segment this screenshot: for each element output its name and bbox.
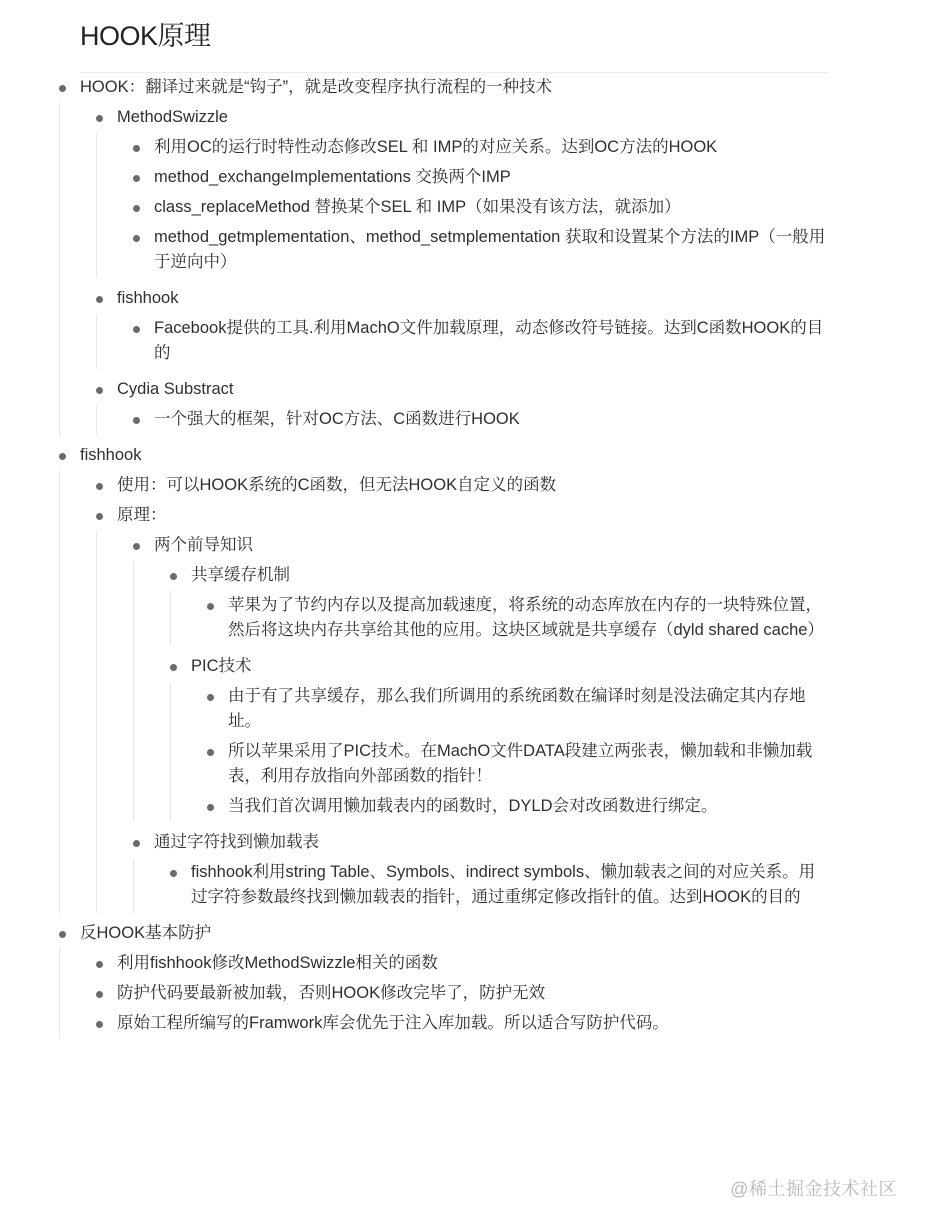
outline-children: 利用fishhook修改MethodSwizzle相关的函数 防护代码要最新被加… <box>59 949 830 1039</box>
outline-children: 苹果为了节约内存以及提高加载速度，将系统的动态库放在内存的一块特殊位置，然后将这… <box>170 591 830 646</box>
outline-item: method_getmplementation、method_setmpleme… <box>154 223 830 278</box>
outline-item-text: 两个前导知识 <box>154 533 830 558</box>
outline-item: fishhook 使用：可以HOOK系统的C函数，但无法HOOK自定义的函数 原… <box>80 441 830 913</box>
bullet-icon <box>207 603 214 610</box>
bullet-icon <box>96 387 103 394</box>
outline-children: 一个强大的框架，针对OC方法、C函数进行HOOK <box>96 405 830 435</box>
outline-item: 原始工程所编写的Framwork库会优先于注入库加载。所以适合写防护代码。 <box>117 1009 830 1039</box>
watermark: @稀土掘金技术社区 <box>730 1175 897 1201</box>
bullet-icon <box>133 235 140 242</box>
outline-item: fishhook利用string Table、Symbols、indirect … <box>191 858 830 913</box>
outline-children: fishhook利用string Table、Symbols、indirect … <box>133 858 830 913</box>
outline-item-text: 当我们首次调用懒加载表内的函数时，DYLD会对改函数进行绑定。 <box>228 794 830 819</box>
outline-item-text: 利用fishhook修改MethodSwizzle相关的函数 <box>117 951 830 976</box>
bullet-icon <box>207 694 214 701</box>
bullet-icon <box>170 870 177 877</box>
outline-item-text: 反HOOK基本防护 <box>80 921 830 946</box>
outline-item-text: fishhook <box>80 443 830 468</box>
outline-item-text: method_getmplementation、method_setmpleme… <box>154 225 830 275</box>
bullet-icon <box>207 749 214 756</box>
outline-item: 使用：可以HOOK系统的C函数，但无法HOOK自定义的函数 <box>117 471 830 501</box>
outline-item: 通过字符找到懒加载表 fishhook利用string Table、Symbol… <box>154 828 830 913</box>
outline-item-text: method_exchangeImplementations 交换两个IMP <box>154 165 830 190</box>
outline-item-text: 一个强大的框架，针对OC方法、C函数进行HOOK <box>154 407 830 432</box>
bullet-icon <box>133 205 140 212</box>
outline-item-text: fishhook利用string Table、Symbols、indirect … <box>191 860 830 910</box>
bullet-icon <box>133 145 140 152</box>
document: HOOK原理 HOOK：翻译过来就是“钩子”，就是改变程序执行流程的一种技术 M… <box>80 0 830 1045</box>
outline-item: class_replaceMethod 替换某个SEL 和 IMP（如果没有该方… <box>154 193 830 223</box>
outline-item: method_exchangeImplementations 交换两个IMP <box>154 163 830 193</box>
outline-item: HOOK：翻译过来就是“钩子”，就是改变程序执行流程的一种技术 MethodSw… <box>80 73 830 435</box>
outline-item-text: Facebook提供的工具.利用MachO文件加载原理，动态修改符号链接。达到C… <box>154 316 830 366</box>
outline-children: 使用：可以HOOK系统的C函数，但无法HOOK自定义的函数 原理： 两个前导知识… <box>59 471 830 913</box>
outline-item: 防护代码要最新被加载，否则HOOK修改完毕了，防护无效 <box>117 979 830 1009</box>
page-title: HOOK原理 <box>80 0 830 53</box>
outline-item-text: HOOK：翻译过来就是“钩子”，就是改变程序执行流程的一种技术 <box>80 75 830 100</box>
outline-item: MethodSwizzle 利用OC的运行时特性动态修改SEL 和 IMP的对应… <box>117 103 830 278</box>
outline-children: 由于有了共享缓存，那么我们所调用的系统函数在编译时刻是没法确定其内存地址。 所以… <box>170 682 830 822</box>
outline-item: 共享缓存机制 苹果为了节约内存以及提高加载速度，将系统的动态库放在内存的一块特殊… <box>191 561 830 646</box>
outline-item-text: fishhook <box>117 286 830 311</box>
outline-item-text: 苹果为了节约内存以及提高加载速度，将系统的动态库放在内存的一块特殊位置，然后将这… <box>228 593 830 643</box>
outline-children: 两个前导知识 共享缓存机制 苹果为了节约内存以及提高加载速度，将系统的动态库放在… <box>96 531 830 913</box>
outline-item-text: class_replaceMethod 替换某个SEL 和 IMP（如果没有该方… <box>154 195 830 220</box>
outline-item: Cydia Substract 一个强大的框架，针对OC方法、C函数进行HOOK <box>117 375 830 435</box>
outline-item: 反HOOK基本防护 利用fishhook修改MethodSwizzle相关的函数… <box>80 919 830 1039</box>
bullet-icon <box>96 296 103 303</box>
outline-item: 原理： 两个前导知识 共享缓存机制 苹果为了节约内存以及提高加载速度，将系统的动… <box>117 501 830 913</box>
bullet-icon <box>133 417 140 424</box>
outline-item-text: MethodSwizzle <box>117 105 830 130</box>
outline-item-text: 防护代码要最新被加载，否则HOOK修改完毕了，防护无效 <box>117 981 830 1006</box>
bullet-icon <box>133 543 140 550</box>
bullet-icon <box>59 453 66 460</box>
bullet-icon <box>96 483 103 490</box>
bullet-icon <box>133 840 140 847</box>
outline-item: Facebook提供的工具.利用MachO文件加载原理，动态修改符号链接。达到C… <box>154 314 830 369</box>
outline-root: HOOK：翻译过来就是“钩子”，就是改变程序执行流程的一种技术 MethodSw… <box>80 73 830 1039</box>
bullet-icon <box>59 931 66 938</box>
outline-children: MethodSwizzle 利用OC的运行时特性动态修改SEL 和 IMP的对应… <box>59 103 830 435</box>
outline-item: 两个前导知识 共享缓存机制 苹果为了节约内存以及提高加载速度，将系统的动态库放在… <box>154 531 830 822</box>
outline-item-text: 原理： <box>117 503 830 528</box>
outline-item: 苹果为了节约内存以及提高加载速度，将系统的动态库放在内存的一块特殊位置，然后将这… <box>228 591 830 646</box>
outline-item: 所以苹果采用了PIC技术。在MachO文件DATA段建立两张表，懒加载和非懒加载… <box>228 737 830 792</box>
outline-children: 共享缓存机制 苹果为了节约内存以及提高加载速度，将系统的动态库放在内存的一块特殊… <box>133 561 830 822</box>
outline-item: 一个强大的框架，针对OC方法、C函数进行HOOK <box>154 405 830 435</box>
bullet-icon <box>96 115 103 122</box>
outline-item: fishhook Facebook提供的工具.利用MachO文件加载原理，动态修… <box>117 284 830 369</box>
bullet-icon <box>96 961 103 968</box>
outline-children: 利用OC的运行时特性动态修改SEL 和 IMP的对应关系。达到OC方法的HOOK… <box>96 133 830 278</box>
bullet-icon <box>96 1021 103 1028</box>
outline-item-text: 由于有了共享缓存，那么我们所调用的系统函数在编译时刻是没法确定其内存地址。 <box>228 684 830 734</box>
outline-item-text: 所以苹果采用了PIC技术。在MachO文件DATA段建立两张表，懒加载和非懒加载… <box>228 739 830 789</box>
outline-item-text: 通过字符找到懒加载表 <box>154 830 830 855</box>
outline-item-text: PIC技术 <box>191 654 830 679</box>
bullet-icon <box>170 573 177 580</box>
bullet-icon <box>207 804 214 811</box>
bullet-icon <box>59 85 66 92</box>
outline-item-text: 利用OC的运行时特性动态修改SEL 和 IMP的对应关系。达到OC方法的HOOK <box>154 135 830 160</box>
outline-item-text: 使用：可以HOOK系统的C函数，但无法HOOK自定义的函数 <box>117 473 830 498</box>
bullet-icon <box>170 664 177 671</box>
outline-item: 利用OC的运行时特性动态修改SEL 和 IMP的对应关系。达到OC方法的HOOK <box>154 133 830 163</box>
outline-item: 当我们首次调用懒加载表内的函数时，DYLD会对改函数进行绑定。 <box>228 792 830 822</box>
outline-item-text: 原始工程所编写的Framwork库会优先于注入库加载。所以适合写防护代码。 <box>117 1011 830 1036</box>
outline-children: Facebook提供的工具.利用MachO文件加载原理，动态修改符号链接。达到C… <box>96 314 830 369</box>
outline-item-text: 共享缓存机制 <box>191 563 830 588</box>
bullet-icon <box>96 513 103 520</box>
bullet-icon <box>96 991 103 998</box>
bullet-icon <box>133 175 140 182</box>
outline-item: PIC技术 由于有了共享缓存，那么我们所调用的系统函数在编译时刻是没法确定其内存… <box>191 652 830 822</box>
outline-item: 利用fishhook修改MethodSwizzle相关的函数 <box>117 949 830 979</box>
bullet-icon <box>133 326 140 333</box>
outline-item: 由于有了共享缓存，那么我们所调用的系统函数在编译时刻是没法确定其内存地址。 <box>228 682 830 737</box>
outline-item-text: Cydia Substract <box>117 377 830 402</box>
